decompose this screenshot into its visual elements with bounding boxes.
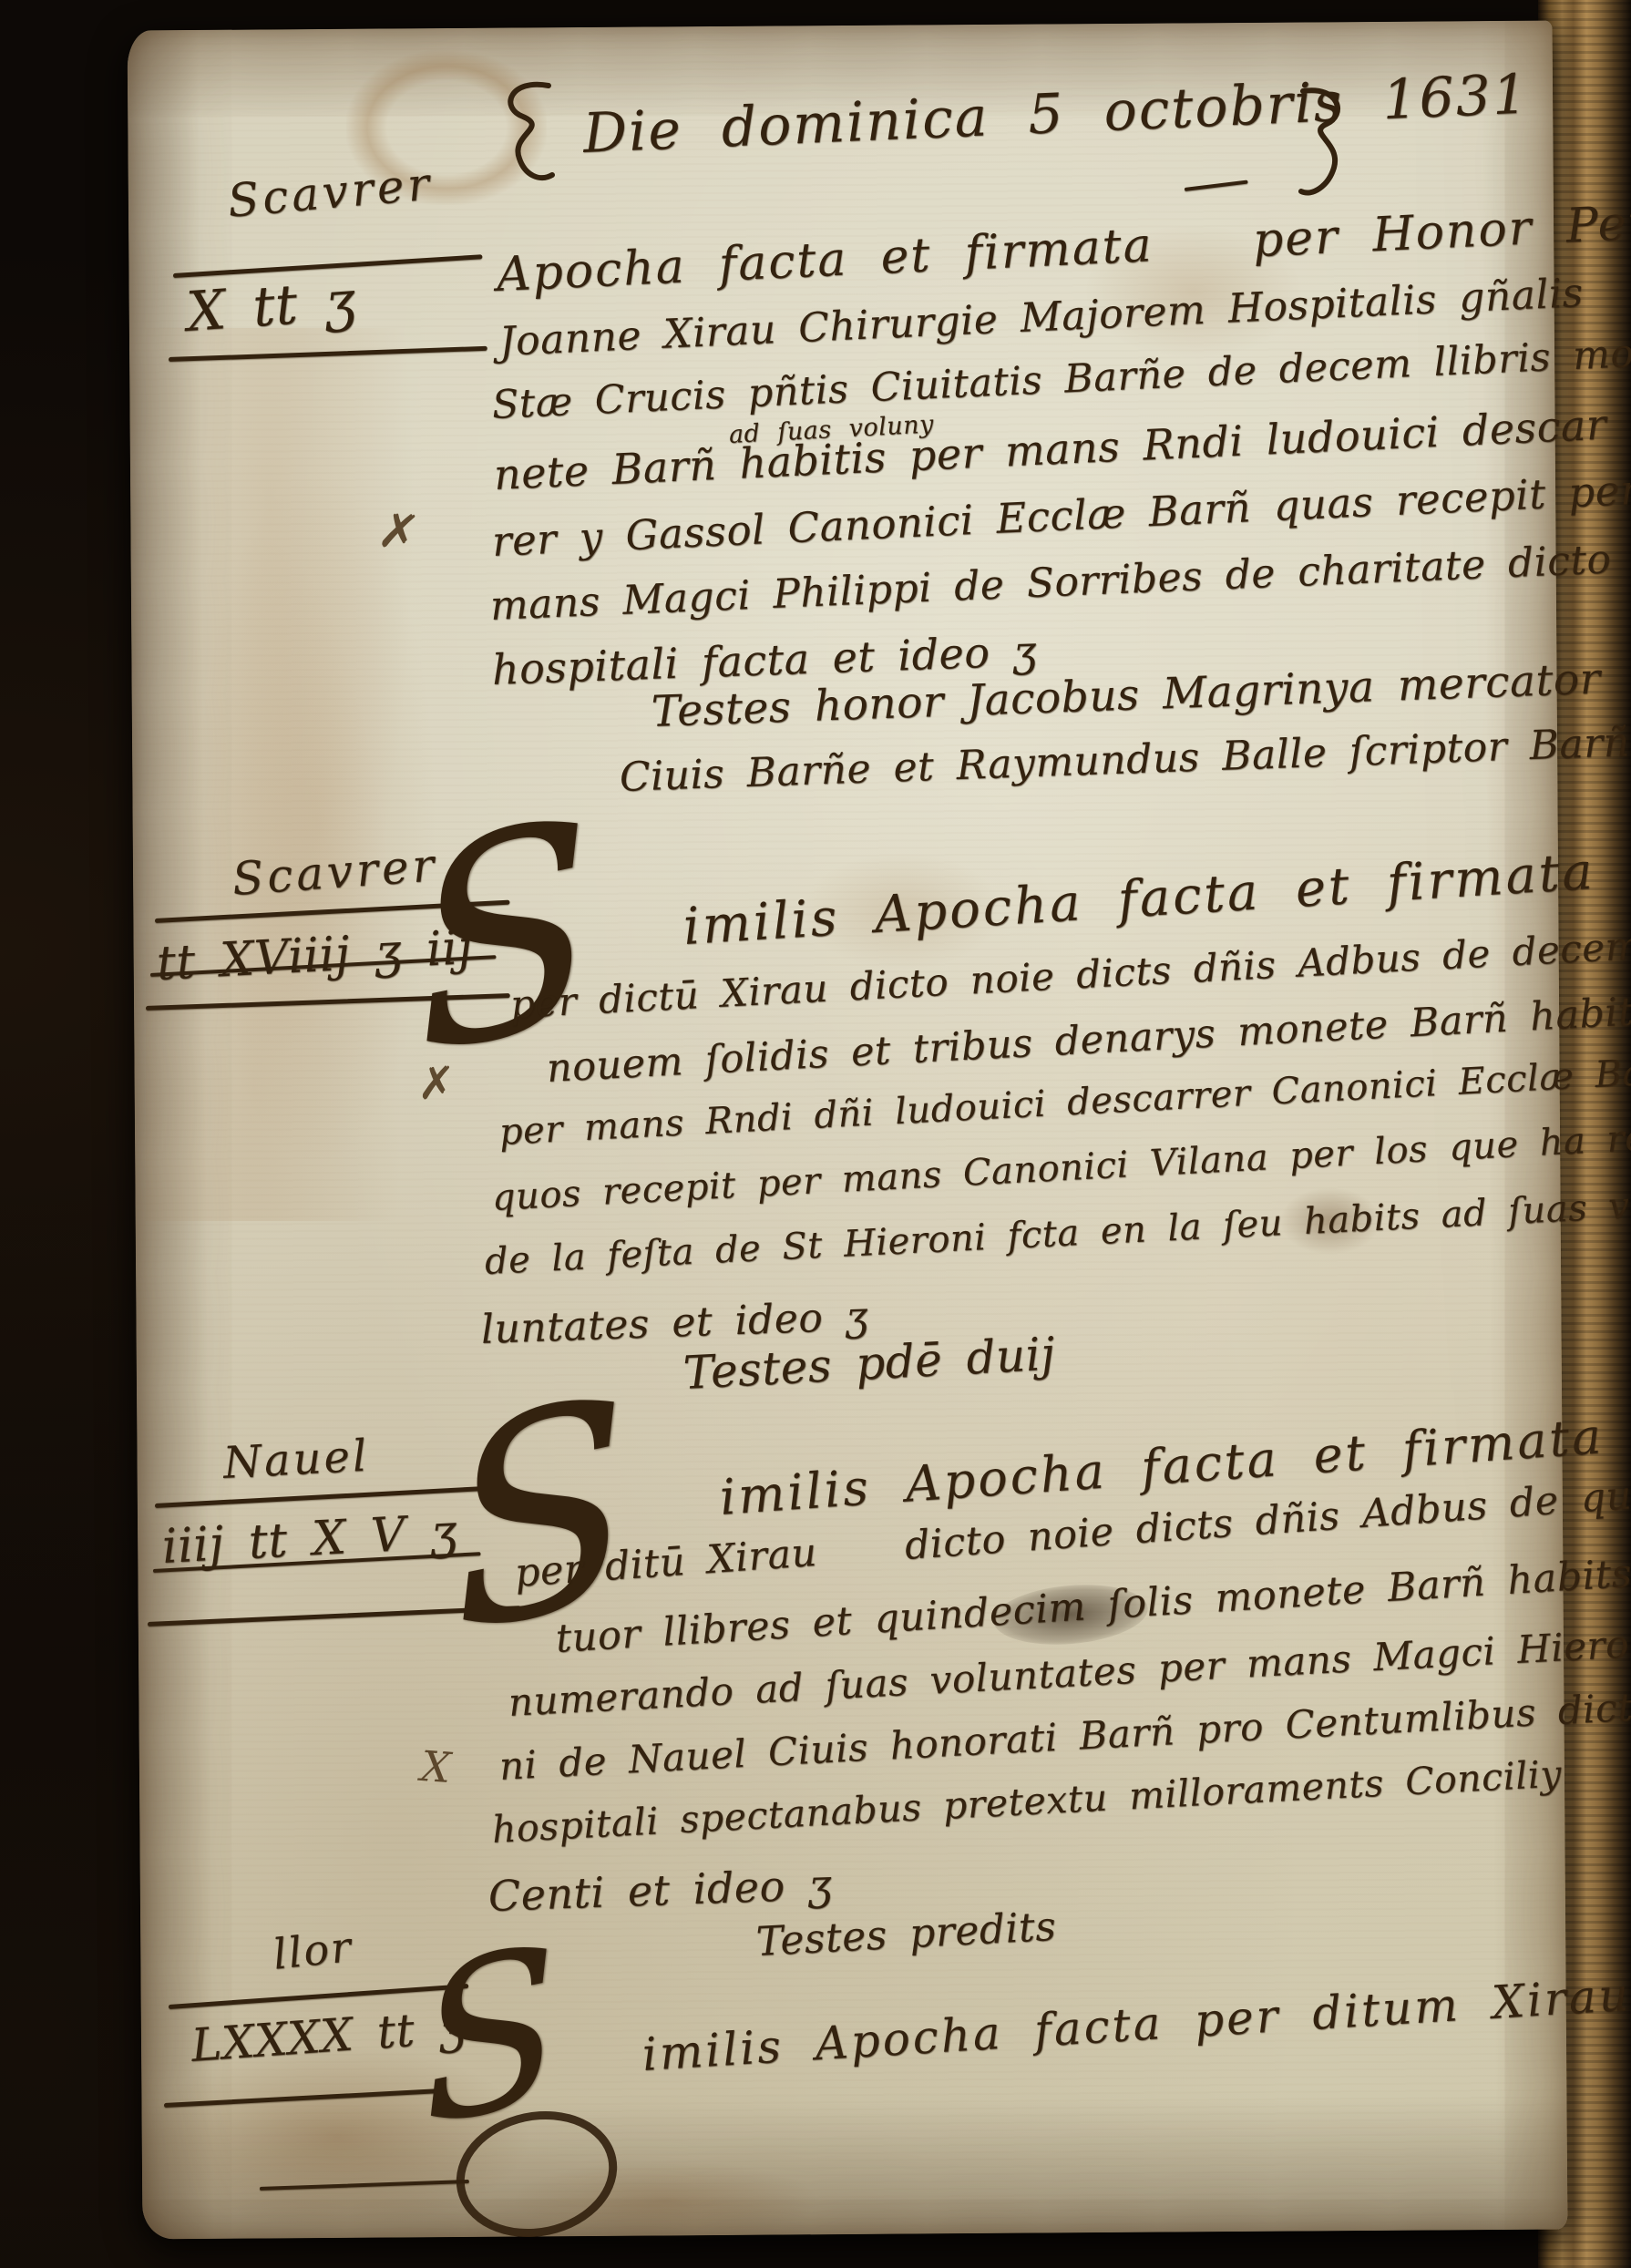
initial-letter: S — [405, 808, 604, 1068]
initial-letter: S — [442, 1387, 641, 1647]
margin-cross-mark: X — [419, 1741, 452, 1792]
handwriting-layer: Die dominica 5 octobris 1631 Scavrer X t… — [0, 0, 1631, 2268]
heading-flourish-left-icon — [492, 80, 565, 202]
witness-line: Testes predits — [755, 1904, 1058, 1965]
margin-rule — [169, 346, 487, 362]
manuscript-line: imilis Apocha facta per ditum Xirau — [641, 1968, 1631, 2081]
margin-amount: X tt ʒ — [185, 269, 358, 344]
initial-letter: S — [415, 1938, 567, 2137]
margin-account-label: Nauel — [222, 1431, 371, 1489]
date-heading: Die dominica 5 octobris 1631 — [582, 63, 1531, 166]
manuscript-photo: Die dominica 5 octobris 1631 Scavrer X t… — [0, 0, 1631, 2268]
heading-flourish-right-icon — [1294, 84, 1358, 215]
margin-account-label: Scavrer — [225, 157, 435, 227]
margin-account-label: llor — [271, 1922, 354, 1979]
margin-rule — [260, 2180, 469, 2191]
date-underline — [1185, 180, 1248, 191]
margin-rule — [164, 2088, 437, 2108]
margin-cross-mark: ✗ — [374, 500, 424, 563]
